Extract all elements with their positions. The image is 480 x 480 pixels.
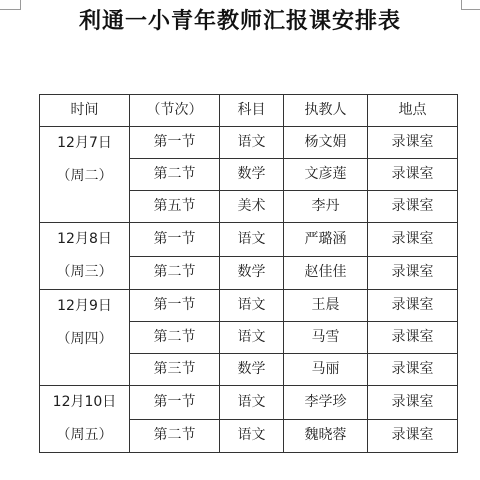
teacher-cell: 魏晓蓉 bbox=[284, 419, 368, 453]
period-cell: 第二节 bbox=[130, 322, 220, 354]
subject-cell: 语文 bbox=[220, 419, 284, 453]
location-cell: 录课室 bbox=[368, 223, 458, 257]
period-cell: 第二节 bbox=[130, 419, 220, 453]
period-cell: 第五节 bbox=[130, 191, 220, 223]
subject-cell: 语文 bbox=[220, 322, 284, 354]
location-cell: 录课室 bbox=[368, 290, 458, 322]
header-row: 时间 （节次） 科目 执教人 地点 bbox=[40, 95, 458, 127]
date-label: 12月8日 bbox=[40, 223, 129, 256]
subject-cell: 语文 bbox=[220, 290, 284, 322]
teacher-cell: 马雪 bbox=[284, 322, 368, 354]
period-cell: 第二节 bbox=[130, 159, 220, 191]
location-cell: 录课室 bbox=[368, 386, 458, 420]
teacher-cell: 赵佳佳 bbox=[284, 256, 368, 290]
subject-cell: 美术 bbox=[220, 191, 284, 223]
subject-cell: 数学 bbox=[220, 354, 284, 386]
subject-cell: 语文 bbox=[220, 127, 284, 159]
weekday-label: （周三） bbox=[40, 256, 129, 289]
date-cell: 12月8日 （周三） bbox=[40, 223, 130, 290]
date-label: 12月10日 bbox=[40, 386, 129, 419]
period-cell: 第二节 bbox=[130, 256, 220, 290]
location-cell: 录课室 bbox=[368, 127, 458, 159]
table-row: 12月10日 （周五） 第一节 语文 李学珍 录课室 bbox=[40, 386, 458, 420]
subject-cell: 语文 bbox=[220, 386, 284, 420]
table-row: 12月9日 （周四） 第一节 语文 王晨 录课室 bbox=[40, 290, 458, 322]
location-cell: 录课室 bbox=[368, 322, 458, 354]
weekday-label: （周二） bbox=[40, 160, 129, 193]
subject-cell: 语文 bbox=[220, 223, 284, 257]
date-cell: 12月7日 （周二） bbox=[40, 127, 130, 223]
date-label: 12月7日 bbox=[40, 127, 129, 160]
weekday-label: （周五） bbox=[40, 419, 129, 452]
date-label: 12月9日 bbox=[40, 290, 129, 323]
document-title: 利通一小青年教师汇报课安排表 bbox=[0, 4, 480, 35]
period-cell: 第一节 bbox=[130, 223, 220, 257]
period-cell: 第一节 bbox=[130, 386, 220, 420]
teacher-cell: 杨文娟 bbox=[284, 127, 368, 159]
table-row: 12月8日 （周三） 第一节 语文 严璐涵 录课室 bbox=[40, 223, 458, 257]
weekday-label: （周四） bbox=[40, 323, 129, 356]
teacher-cell: 李学珍 bbox=[284, 386, 368, 420]
location-cell: 录课室 bbox=[368, 159, 458, 191]
subject-cell: 数学 bbox=[220, 256, 284, 290]
location-cell: 录课室 bbox=[368, 256, 458, 290]
period-cell: 第三节 bbox=[130, 354, 220, 386]
period-cell: 第一节 bbox=[130, 290, 220, 322]
teacher-cell: 李丹 bbox=[284, 191, 368, 223]
date-cell: 12月10日 （周五） bbox=[40, 386, 130, 453]
header-location: 地点 bbox=[368, 95, 458, 127]
table-row: 12月7日 （周二） 第一节 语文 杨文娟 录课室 bbox=[40, 127, 458, 159]
schedule-table: 时间 （节次） 科目 执教人 地点 12月7日 （周二） 第一节 语文 杨文娟 … bbox=[39, 94, 458, 453]
date-cell: 12月9日 （周四） bbox=[40, 290, 130, 386]
location-cell: 录课室 bbox=[368, 419, 458, 453]
teacher-cell: 文彦莲 bbox=[284, 159, 368, 191]
teacher-cell: 马丽 bbox=[284, 354, 368, 386]
header-subject: 科目 bbox=[220, 95, 284, 127]
header-time: 时间 bbox=[40, 95, 130, 127]
location-cell: 录课室 bbox=[368, 354, 458, 386]
subject-cell: 数学 bbox=[220, 159, 284, 191]
header-teacher: 执教人 bbox=[284, 95, 368, 127]
teacher-cell: 王晨 bbox=[284, 290, 368, 322]
period-cell: 第一节 bbox=[130, 127, 220, 159]
header-period: （节次） bbox=[130, 95, 220, 127]
location-cell: 录课室 bbox=[368, 191, 458, 223]
teacher-cell: 严璐涵 bbox=[284, 223, 368, 257]
